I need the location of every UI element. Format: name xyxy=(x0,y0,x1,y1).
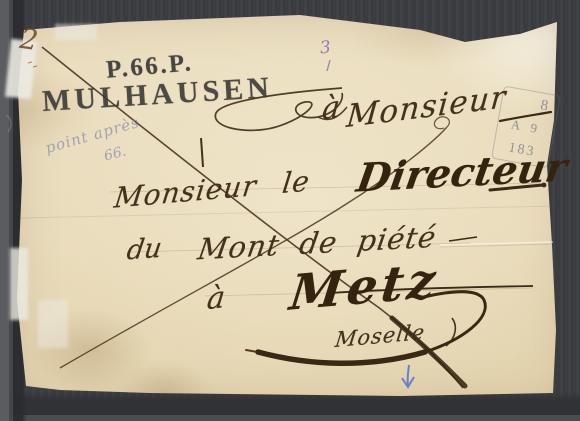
violet-number-annotation: 3 xyxy=(319,39,332,57)
date-stamp-day: 8 xyxy=(539,97,549,115)
blue-arrow-icon xyxy=(402,365,414,387)
ink-strokes-overlay xyxy=(0,0,580,421)
address-salutation: à xyxy=(321,92,341,125)
date-stamp-month: A 9 xyxy=(510,117,543,138)
photo-of-letter: P.66.P. MULHAUSEN 8 A 9 183 3 point aprè… xyxy=(0,0,580,421)
violet-tick xyxy=(327,60,330,71)
corner-figure-annotation: 2 xyxy=(18,25,40,55)
address-line3-part1: du xyxy=(125,235,163,265)
vertical-ink-stroke xyxy=(201,138,203,167)
pencil-squiggle xyxy=(6,115,11,132)
address-line2-part2: Directeur xyxy=(354,148,569,198)
address-city: Metz xyxy=(287,256,442,318)
red-edge-marks xyxy=(28,62,37,67)
address-line4-prefix: à xyxy=(205,283,226,315)
